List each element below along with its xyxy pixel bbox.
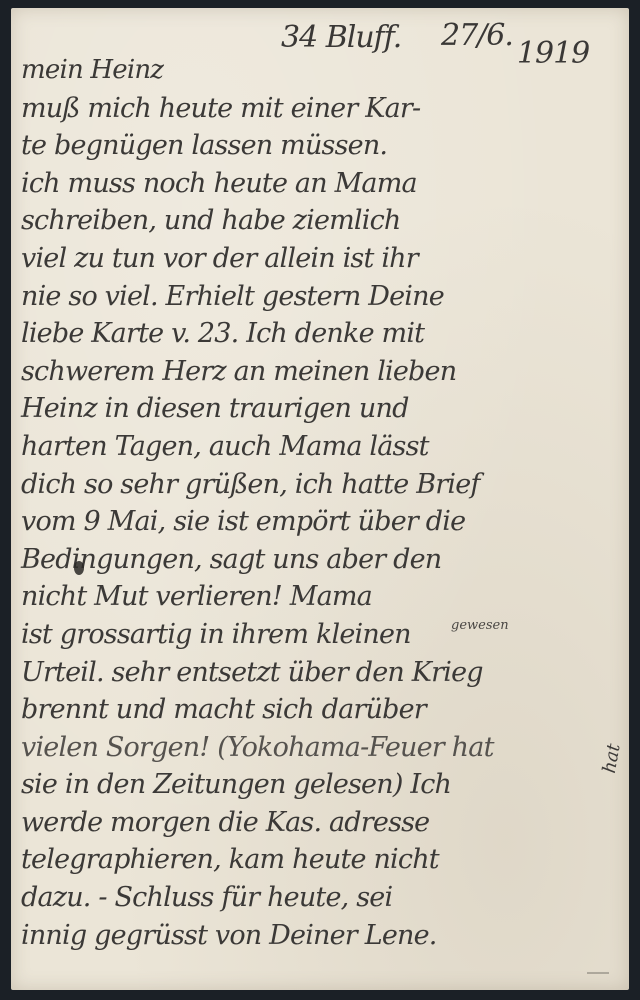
letter-line: Urteil. sehr entsetzt über den Krieg [21, 654, 621, 692]
letter-line: vielen Sorgen! (Yokohama-Feuer hat [21, 729, 621, 767]
underline-mark [587, 972, 609, 974]
letter-line: innig gegrüsst von Deiner Lene. [21, 917, 621, 955]
place-name: 34 Bluff. [281, 20, 401, 55]
letter-line: schreiben, und habe ziemlich [21, 202, 621, 240]
salutation: mein Heinz [21, 52, 621, 90]
letter-line: nie so viel. Erhielt gestern Deine [21, 278, 621, 316]
margin-note: hat [599, 742, 625, 775]
letter-line: dazu. - Schluss für heute, sei [21, 879, 621, 917]
letter-line: muß mich heute mit einer Kar- [21, 90, 621, 128]
letter-line: vom 9 Mai, sie ist empört über die [21, 503, 621, 541]
letter-line: sie in den Zeitungen gelesen) Ich [21, 766, 621, 804]
letter-line: Heinz in diesen traurigen und [21, 390, 621, 428]
postcard: 34 Bluff. 27/6.1919 mein Heinz muß mich … [11, 8, 629, 990]
letter-line: ich muss noch heute an Mama [21, 165, 621, 203]
letter-line: viel zu tun vor der allein ist ihr [21, 240, 621, 278]
letter-line: werde morgen die Kas. adresse [21, 804, 621, 842]
letter-line: Bedingungen, sagt uns aber den [21, 541, 621, 579]
letter-line: dich so sehr grüßen, ich hatte Brief [21, 466, 621, 504]
letter-line: schwerem Herz an meinen lieben [21, 353, 621, 391]
letter-line: te begnügen lassen müssen. [21, 127, 621, 165]
letter-line: harten Tagen, auch Mama lässt [21, 428, 621, 466]
letter-body: mein Heinz muß mich heute mit einer Kar-… [21, 52, 621, 954]
scan-background: 34 Bluff. 27/6.1919 mein Heinz muß mich … [0, 0, 640, 1000]
letter-line: telegraphieren, kam heute nicht [21, 841, 621, 879]
letter-line: ist grossartig in ihrem kleinen [21, 616, 621, 654]
day-month: 27/6. [441, 18, 513, 53]
letter-date: 27/6.1919 [441, 18, 589, 53]
interlinear-insertion: gewesen [451, 618, 509, 633]
letter-line: nicht Mut verlieren! Mama [21, 578, 621, 616]
letter-line: brennt und macht sich darüber [21, 691, 621, 729]
ink-blot [74, 561, 84, 575]
letter-line: liebe Karte v. 23. Ich denke mit [21, 315, 621, 353]
